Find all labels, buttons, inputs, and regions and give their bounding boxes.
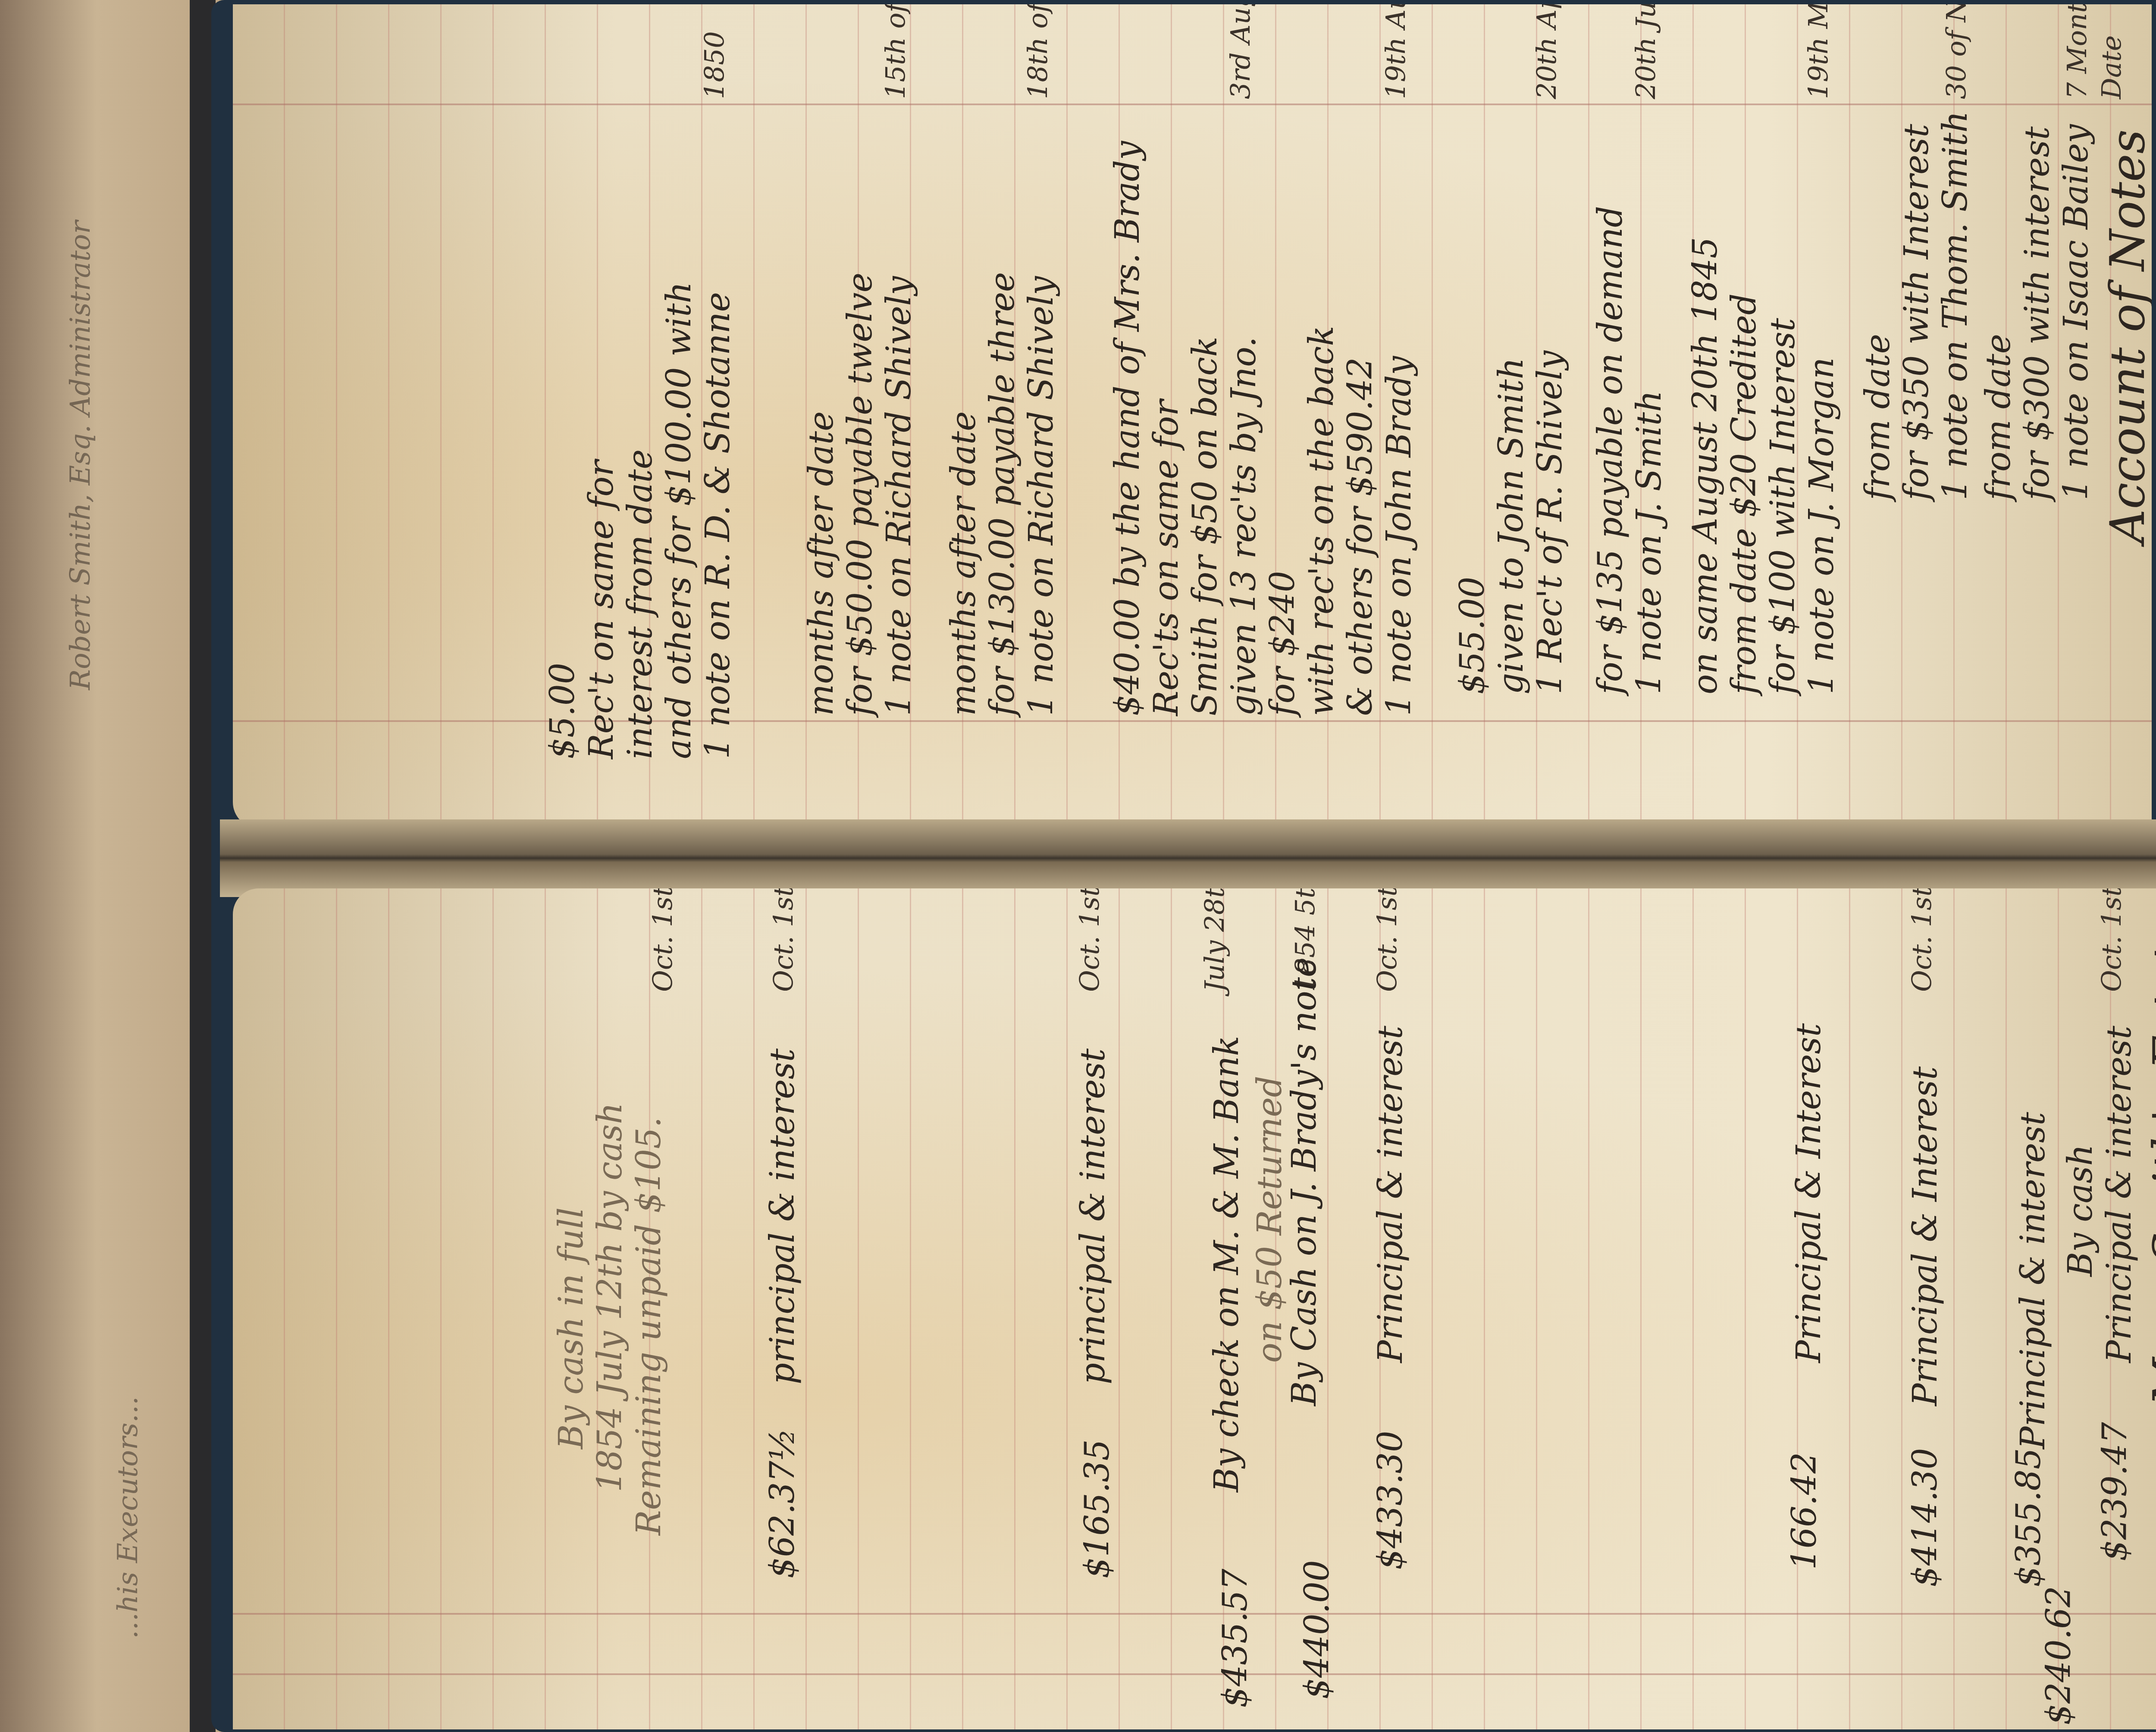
entry-line: 1854 July 12th by cash: [591, 1103, 630, 1492]
entry-amount: $62.37½: [763, 1428, 802, 1578]
entry-line: and others for $100.00 with: [660, 282, 699, 759]
entry-line: from date $20 Credited: [1725, 293, 1764, 694]
entry-date: 19th March 1842: [1802, 4, 1834, 99]
entry-line: for $135 payable on demand: [1591, 206, 1630, 694]
entry-amount: $414.30: [1906, 1448, 1945, 1587]
entry-line: 1 note on J. Smith: [1630, 390, 1669, 694]
entry-line: months after date: [944, 411, 983, 716]
entry-amount: $239.47: [2096, 1422, 2134, 1561]
entry-line: Principal & interest: [2100, 1026, 2139, 1363]
entry-line: months after date: [802, 411, 841, 716]
entry-date: 30 of November 1846: [1940, 4, 1972, 99]
entry-line: for $350 with Interest: [1897, 124, 1936, 500]
left-page: Account of Notes Date 7 Month, 1850 1 no…: [233, 4, 2152, 828]
entry-line: $55.00: [1453, 577, 1492, 694]
entry-line: on $50 Returned: [1250, 1076, 1289, 1363]
entry-line: By cash in full: [552, 1208, 591, 1449]
entry-line: & others for $590.42: [1341, 358, 1380, 716]
entry-date: 7 Month, 1850: [2061, 4, 2093, 99]
entry-line: principal & interest: [1074, 1048, 1112, 1384]
entry-date: 1850: [699, 31, 730, 99]
entry-line: Rec'ts on same for: [1147, 400, 1186, 716]
page-title: Account of Notes: [2100, 129, 2152, 543]
entry-date: Oct. 1st: [1906, 888, 1937, 992]
entry-amount: 166.42: [1785, 1452, 1824, 1570]
entry-line: By check on M. & M. Bank: [1207, 1036, 1246, 1492]
entry-line: on same August 20th 1845: [1686, 237, 1725, 694]
entry-line: from date: [1979, 334, 2018, 500]
entry-line: Remaining unpaid $105.: [630, 1117, 668, 1535]
entry-date: 20th June 1847: [1630, 4, 1661, 99]
adjacent-book-text: ...his Executors...: [112, 1396, 144, 1639]
date-column-header: Date: [2096, 35, 2127, 99]
entry-line: for $240: [1263, 571, 1302, 716]
entry-amount: $240.62: [2040, 1586, 2078, 1725]
entry-line: from date: [1858, 334, 1897, 500]
entry-date: 18th of April 1847: [1022, 4, 1053, 99]
book-gutter: [220, 819, 2156, 897]
entry-line: for $130.00 payable three: [983, 272, 1022, 716]
amount-column-rule: [233, 1613, 2156, 1615]
amount-column-rule: [233, 1673, 2156, 1675]
adjacent-book-text: Robert Smith, Esq. Administrator: [65, 221, 97, 690]
entry-amount: $355.85: [2009, 1448, 2048, 1587]
entry-date: Oct. 1st 1852: [1074, 888, 1105, 992]
entry-line: given to John Smith: [1492, 358, 1531, 694]
entry-amount: $435.57: [1216, 1569, 1255, 1708]
entry-date: 20th April 1850: [1531, 4, 1562, 99]
entry-date: Oct. 1st 1852: [647, 888, 678, 992]
entry-date: 3rd Aug. 1847 / June 1848: [1225, 4, 1256, 99]
entry-date: Oct. 1st 1852: [768, 888, 799, 992]
entry-line: with rec'ts on the back: [1302, 326, 1341, 716]
entry-line: 1 note on Richard Shively: [1022, 276, 1061, 716]
entry-line: $5.00: [543, 663, 582, 759]
column-rule: [233, 104, 2152, 105]
entry-line: interest from date: [621, 449, 660, 759]
entry-line: given 13 rec'ts by Jno.: [1225, 336, 1263, 716]
entry-line: Rec't on same for: [582, 460, 621, 759]
entry-line: for $100 with Interest: [1764, 318, 1802, 694]
entry-date: July 28th: [1199, 888, 1230, 992]
entry-line: By Cash on J. Brady's note: [1285, 957, 1324, 1406]
entry-date: Oct. 1st 1852: [2096, 888, 2127, 992]
entry-line: 1 note on Thom. Smith: [1936, 111, 1975, 500]
ledger-book: Account of Notes Date 7 Month, 1850 1 no…: [203, 0, 2156, 1732]
column-rule: [233, 720, 2152, 722]
entry-line: $40.00 by the hand of Mrs. Brady: [1108, 141, 1147, 716]
entry-amount: $440.00: [1298, 1560, 1337, 1699]
entry-date: Oct. 1st 1852: [1371, 888, 1403, 992]
entry-line: Principal & Interest: [1789, 1023, 1828, 1363]
entry-line: By cash: [2061, 1144, 2100, 1277]
entry-line: Principal & interest: [1371, 1026, 1410, 1363]
entry-date: 15th of April 1847: [880, 4, 911, 99]
entry-line: 1 note on J. Morgan: [1802, 358, 1841, 695]
entry-line: for $50.00 payable twelve: [841, 273, 880, 716]
entry-amount: $433.30: [1371, 1431, 1410, 1570]
entry-line: 1 note on Isaac Bailey: [2057, 124, 2096, 500]
entry-amount: $165.35: [1078, 1439, 1117, 1578]
right-page: Mary Smith's Estate Oct. 1st 1852 Princi…: [233, 888, 2156, 1729]
entry-line: Principal & Interest: [1906, 1067, 1945, 1406]
entry-line: 1 Rec't of R. Shively: [1531, 351, 1570, 694]
entry-line: Principal & interest: [2014, 1112, 2053, 1450]
entry-date: 19th Aug. 1845: [1380, 4, 1411, 99]
entry-line: Smith for $50 on back: [1186, 336, 1225, 716]
page-title: Mary Smith's Estate: [2143, 916, 2156, 1406]
entry-line: principal & interest: [763, 1048, 802, 1384]
entry-line: for $300 with interest: [2018, 126, 2057, 500]
entry-line: 1 note on John Brady: [1380, 356, 1419, 716]
entry-line: 1 note on R. D. & Shotanne: [699, 292, 737, 759]
entry-line: 1 note on Richard Shively: [880, 276, 918, 716]
